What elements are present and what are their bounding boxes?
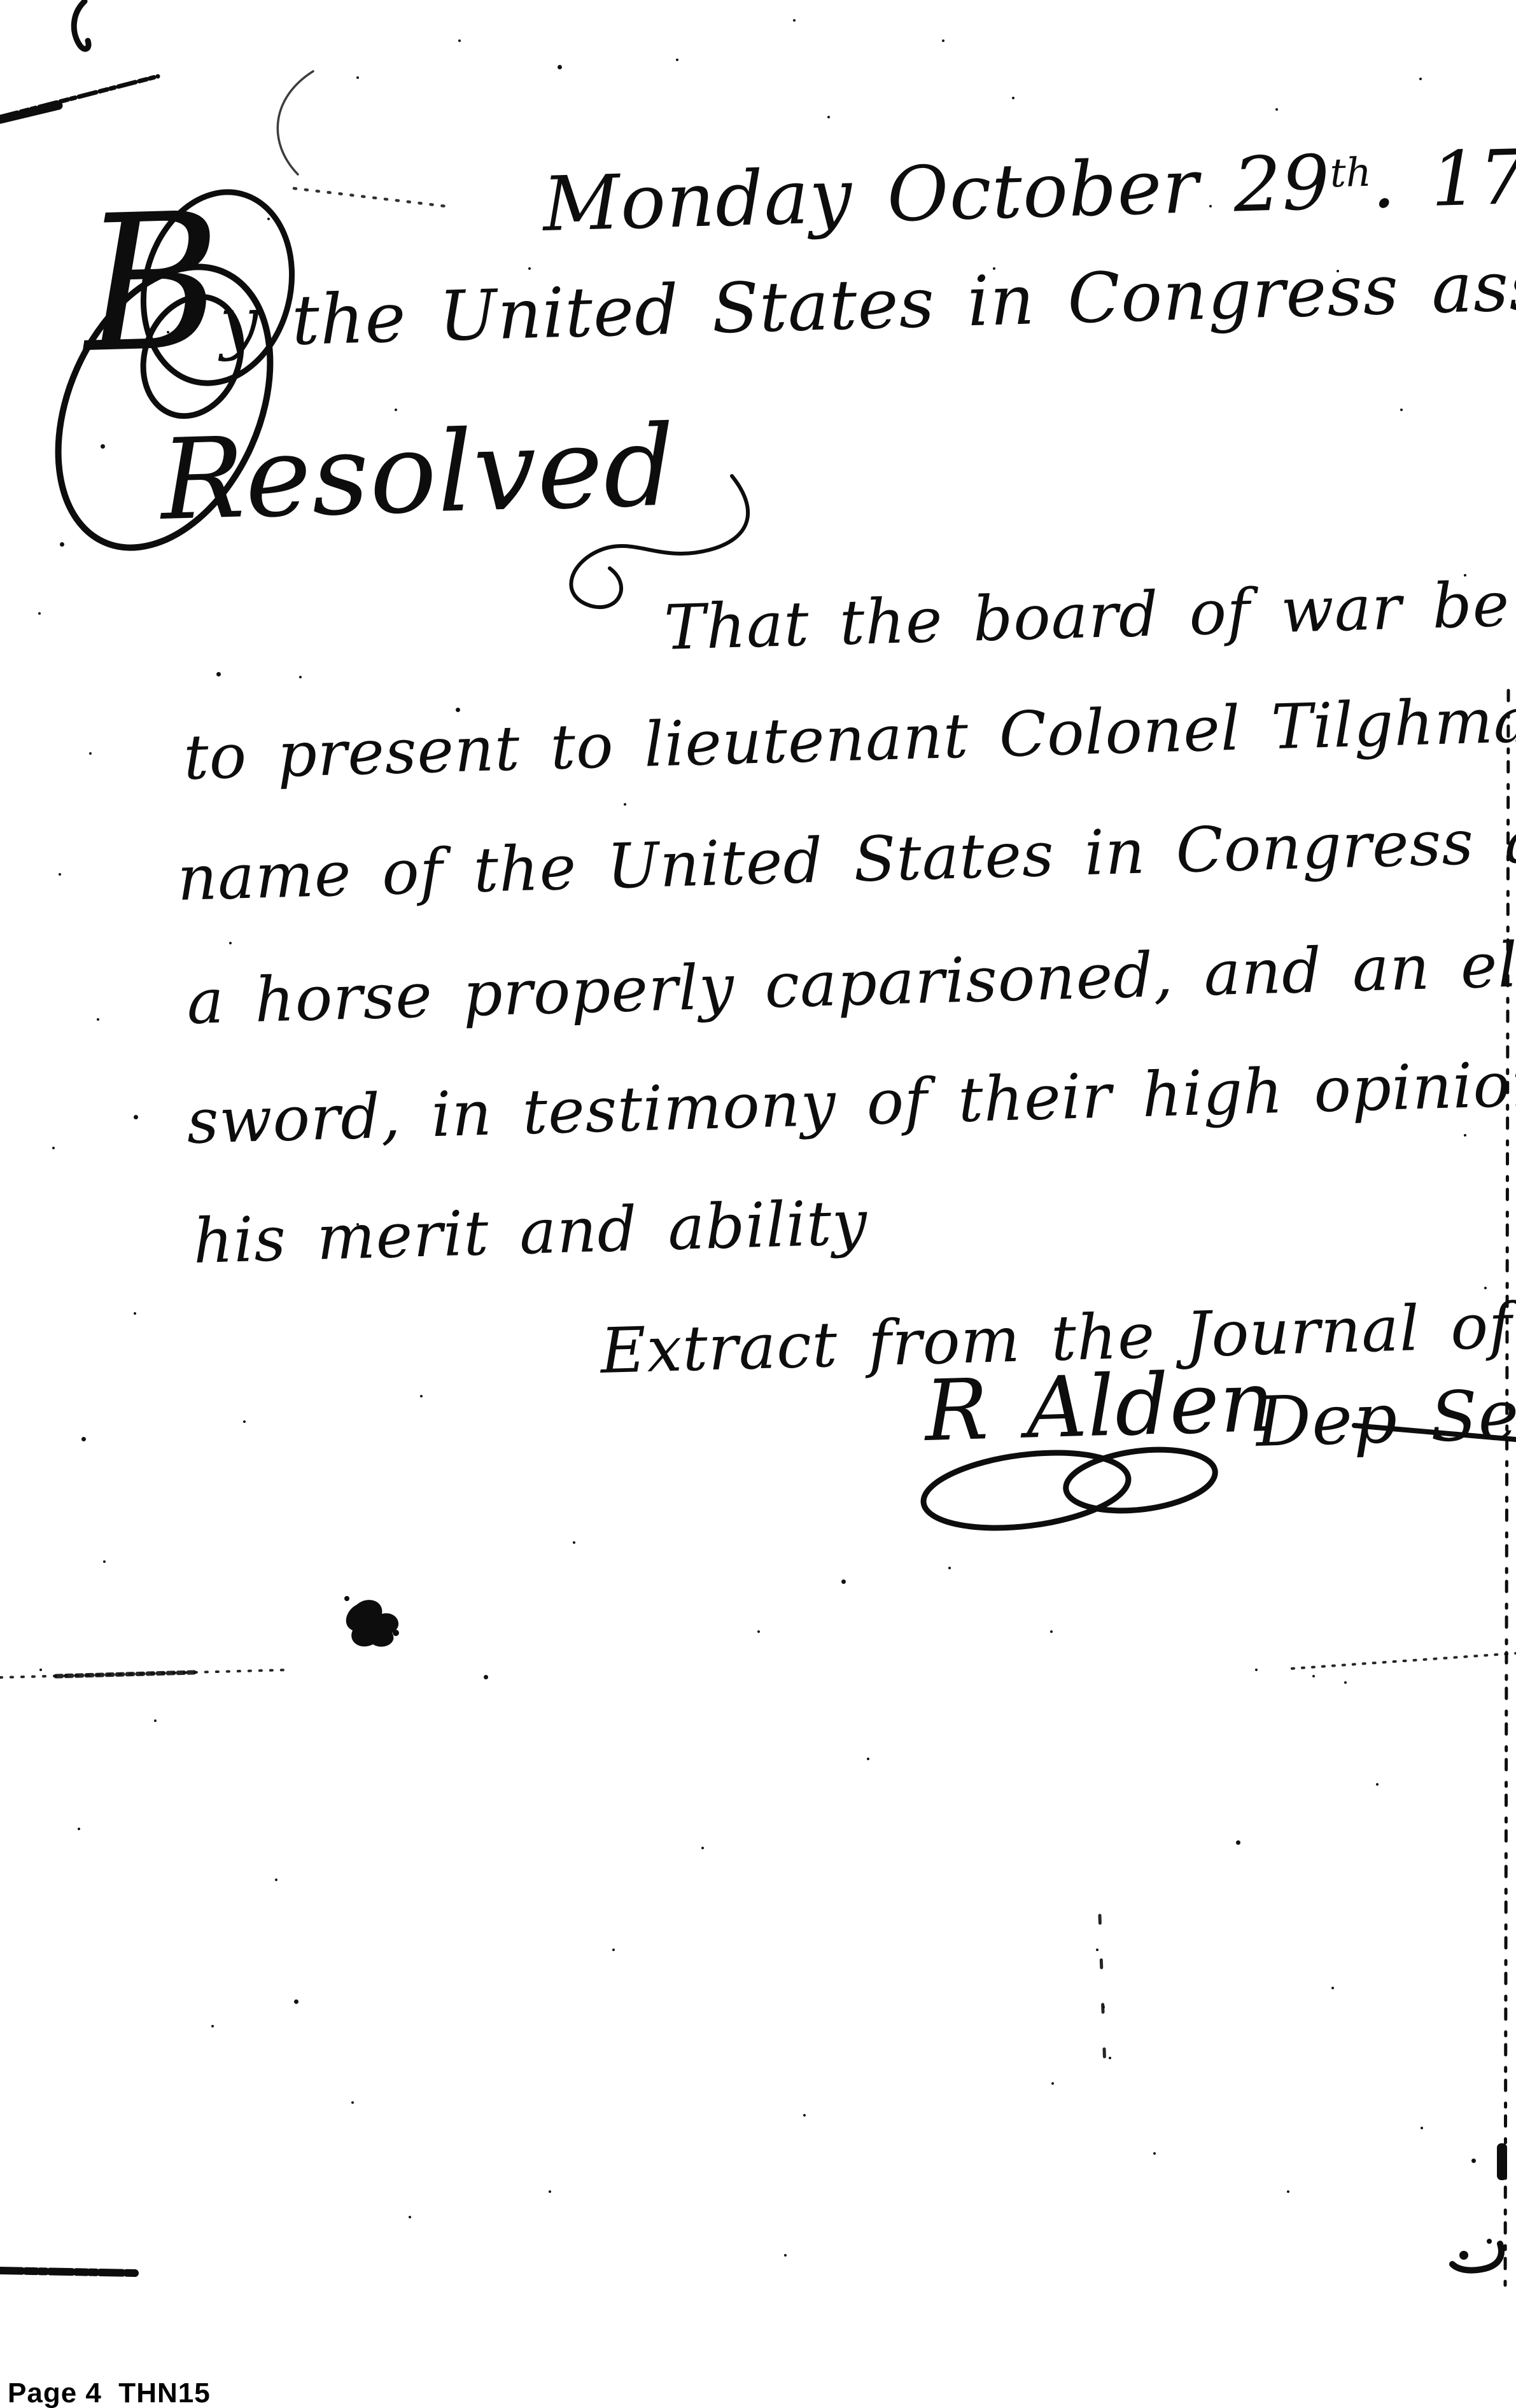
body-line-5: sword, in testimony of their high opinio…: [186, 1050, 1516, 1152]
crease-dotted-right: [1292, 1653, 1516, 1669]
top-left-hook-mark: [74, 1, 88, 49]
preamble-initial: B: [81, 206, 224, 360]
body-line-3: name of the United States in Congress as…: [176, 801, 1516, 909]
top-left-crease-streak: [0, 76, 158, 117]
body-line-2: to present to lieutenant Colonel Tilghma…: [183, 681, 1516, 788]
body-line-1: That the board of war be directed: [663, 565, 1516, 659]
ink-blot: [346, 1600, 398, 1647]
bottom-left-scan-mark: [0, 2271, 135, 2273]
manuscript-page: Monday October 29th. 1781 By the United …: [0, 0, 1516, 2408]
signature-title: Dep Secy: [1255, 1379, 1516, 1457]
preamble-line: By the United States in Congress assembl…: [81, 162, 1516, 361]
fold-dotted-mark: [1100, 1915, 1105, 2068]
crease-dotted-left: [0, 1670, 290, 1677]
body-line-6: his merit and ability: [192, 1191, 868, 1272]
header-arc-stain: [277, 71, 313, 174]
signature-name: R Alden: [923, 1360, 1275, 1453]
paper-speckles-large: [0, 0, 4, 4]
preamble-rest: y the United States in Congress assemble…: [219, 245, 1516, 358]
resolved-heading: Resolved: [159, 410, 677, 536]
page-footer: Page 4 THN15: [8, 2377, 211, 2408]
body-line-4: a horse properly caparisoned, and an ele…: [186, 929, 1516, 1033]
bottom-right-corner-curl: [1452, 2239, 1501, 2271]
